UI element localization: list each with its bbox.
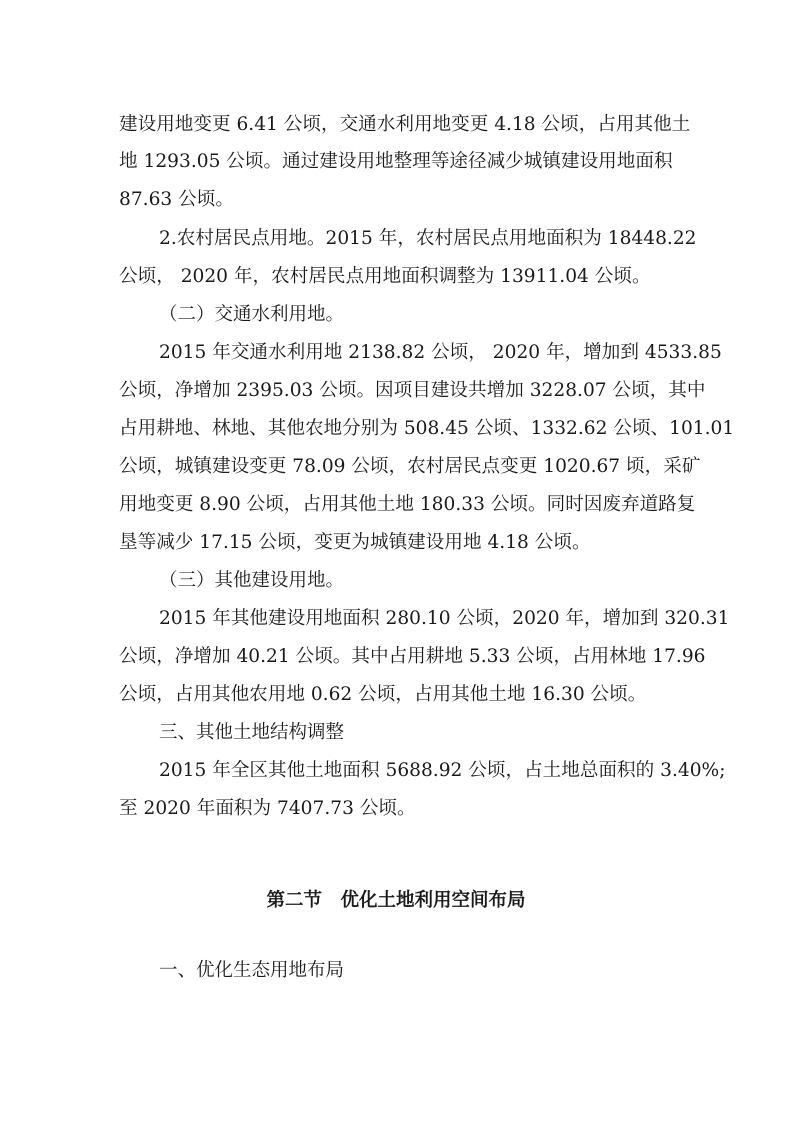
section-title: 第二节 优化土地利用空间布局 xyxy=(119,886,673,912)
paragraph-line: 垦等减少 17.15 公顷，变更为城镇建设用地 4.18 公顷。 xyxy=(119,526,591,560)
paragraph-line: 公顷，占用其他农用地 0.62 公顷，占用其他土地 16.30 公顷。 xyxy=(119,678,646,712)
subsection-heading: （三）其他建设用地。 xyxy=(159,564,344,598)
paragraph-line: 2015 年其他建设用地面积 280.10 公顷，2020 年，增加到 320.… xyxy=(159,602,729,636)
paragraph-line: 至 2020 年面积为 7407.73 公顷。 xyxy=(119,792,416,826)
paragraph-line: 2015 年全区其他土地面积 5688.92 公顷，占土地总面积的 3.40%; xyxy=(159,754,725,788)
section-heading: 三、其他土地结构调整 xyxy=(159,716,344,750)
paragraph-line: 用地变更 8.90 公顷，占用其他土地 180.33 公顷。同时因废弃道路复 xyxy=(119,488,695,522)
paragraph-line: 87.63 公顷。 xyxy=(119,183,234,217)
paragraph-line: 地 1293.05 公顷。通过建设用地整理等途径减少城镇建设用地面积 xyxy=(119,145,673,179)
paragraph-line: 公顷，净增加 40.21 公顷。其中占用耕地 5.33 公顷，占用林地 17.9… xyxy=(119,640,705,674)
paragraph-line: 建设用地变更 6.41 公顷，交通水利用地变更 4.18 公顷，占用其他土 xyxy=(119,108,673,142)
subheading: 一、优化生态用地布局 xyxy=(159,954,344,988)
paragraph-line: 公顷， 2020 年，农村居民点用地面积调整为 13911.04 公顷。 xyxy=(119,260,651,294)
paragraph-line: 占用耕地、林地、其他农地分别为 508.45 公顷、1332.62 公顷、101… xyxy=(119,412,734,446)
paragraph-line: 公顷，净增加 2395.03 公顷。因项目建设共增加 3228.07 公顷，其中 xyxy=(119,374,706,408)
subsection-heading: （二）交通水利用地。 xyxy=(159,298,344,332)
paragraph-line: 2.农村居民点用地。2015 年，农村居民点用地面积为 18448.22 xyxy=(159,222,696,256)
paragraph-line: 公顷，城镇建设变更 78.09 公顷，农村居民点变更 1020.67 顷，采矿 xyxy=(119,450,700,484)
paragraph-line: 2015 年交通水利用地 2138.82 公顷， 2020 年，增加到 4533… xyxy=(159,336,722,370)
